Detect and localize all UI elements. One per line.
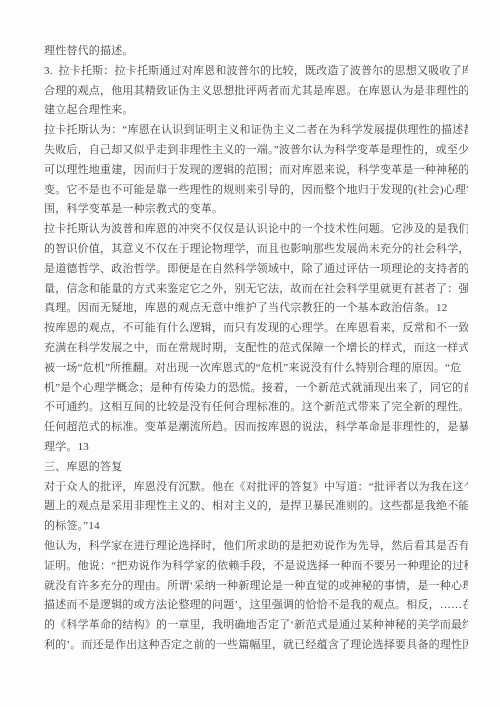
- text-line: 是道德哲学、政治哲学。即便是在自然科学领域中，除了通过评估一项理论的支持者的数: [44, 260, 468, 280]
- text-line: 量，信念和能量的方式来鉴定它之外，别无它法，故而在社会科学里就更有甚者了：强权出: [44, 280, 468, 300]
- text-line: 机”是个心理学概念；是种有传染力的恐慌。接着，一个新范式就涌现出来了，同它的前者: [44, 379, 468, 399]
- text-line: 题上的观点是采用非理性主义的、相对主义的，是捍卫暴民准则的。这些都是我绝不能同意: [44, 497, 468, 517]
- text-line: 被一场“危机”所推翻。对出现一次库恩式的“危机”来说没有什么特别合理的原因。“危: [44, 359, 468, 379]
- text-line: 的智识价值，其意义不仅在于理论物理学，而且也影响那些发展尚未充分的社会科学，甚至: [44, 240, 468, 260]
- text-line: 他认为，科学家在进行理论选择时，他们所求助的是把劝说作为先导，然后看其是否有可能: [44, 537, 468, 557]
- text-line: 变。它不是也不可能是靠一些理性的规则来引导的，因而整个地归于发现的(社会)心理学…: [44, 181, 468, 201]
- text-line: 拉卡托斯认为波普和库恩的冲突不仅仅是认识论中的一个技术性问题。它涉及的是我们主要: [44, 220, 468, 240]
- text-line: 的标签。”14: [44, 517, 468, 537]
- text-line: 任何超范式的标准。变革是潮流所趋。因而按库恩的说法，科学革命是非理性的，是暴民心: [44, 418, 468, 438]
- text-line: 就没有许多充分的理由。所谓‘采纳一种新理论是一种直觉的或神秘的事情，是一种心理学: [44, 577, 468, 597]
- text-line: 证明。他说：“把劝说作为科学家的依赖手段，不是说选择一种而不要另一种理论的过程中: [44, 557, 468, 577]
- text-line: 围，科学变革是一种宗教式的变革。: [44, 200, 468, 220]
- text-line: 的《科学革命的结构》的一章里，我明确地否定了‘新范式是通过某种神秘的美学而最终胜: [44, 616, 468, 636]
- text-line: 可以理性地重建，因而归于发现的逻辑的范围；而对库恩来说，科学变革是一种神秘的转: [44, 161, 468, 181]
- text-line: 3. 拉卡托斯：拉卡托斯通过对库恩和波普尔的比较，既改造了波普尔的思想又吸收了库…: [44, 62, 468, 82]
- text-line: 描述而不是逻辑的或方法论整理的问题’，这里强调的恰恰不是我的观点。相反，……在我: [44, 596, 468, 616]
- text-line: 对于众人的批评，库恩没有沉默。他在《对批评的答复》中写道：“批评者以为我在这个问: [44, 478, 468, 498]
- text-line: 不可通约。这相互间的比较是没有任何合理标准的。这个新范式带来了完全新的理性。没有: [44, 398, 468, 418]
- text-line: 理性替代的描述。: [44, 42, 468, 62]
- text-line: 利的’。而还是作出这种否定之前的一些篇幅里，就已经蕴含了理论选择要具备的理性因素: [44, 636, 468, 656]
- text-line: 真理。因而无疑地，库恩的观点无意中维护了当代宗教狂的一个基本政治信条。12: [44, 299, 468, 319]
- text-line: 合理的观点，他用其精致证伪主义思想批评两者而尤其是库恩。在库恩认为是非理性的地方: [44, 82, 468, 102]
- text-line: 拉卡托斯认为：“库恩在认识到证明主义和证伪主义二者在为科学发展提供理性的描述都遭: [44, 121, 468, 141]
- text-column: 理性替代的描述。3. 拉卡托斯：拉卡托斯通过对库恩和波普尔的比较，既改造了波普尔…: [44, 42, 468, 656]
- text-line: 理学。13: [44, 438, 468, 458]
- section-heading: 三、库恩的答复: [44, 458, 468, 478]
- text-line: 失败后，自己却又似乎走到非理性主义的一端。”波普尔认为科学变革是理性的，或至少是: [44, 141, 468, 161]
- text-line: 建立起合理性来。: [44, 101, 468, 121]
- text-line: 按库恩的观点，不可能有什么逻辑，而只有发现的心理学。在库恩看来，反常和不一致总是: [44, 319, 468, 339]
- document-page: 理性替代的描述。3. 拉卡托斯：拉卡托斯通过对库恩和波普尔的比较，既改造了波普尔…: [0, 0, 500, 707]
- text-line: 充满在科学发展之中，而在常规时期，支配性的范式保障一个增长的样式，而这一样式最终: [44, 339, 468, 359]
